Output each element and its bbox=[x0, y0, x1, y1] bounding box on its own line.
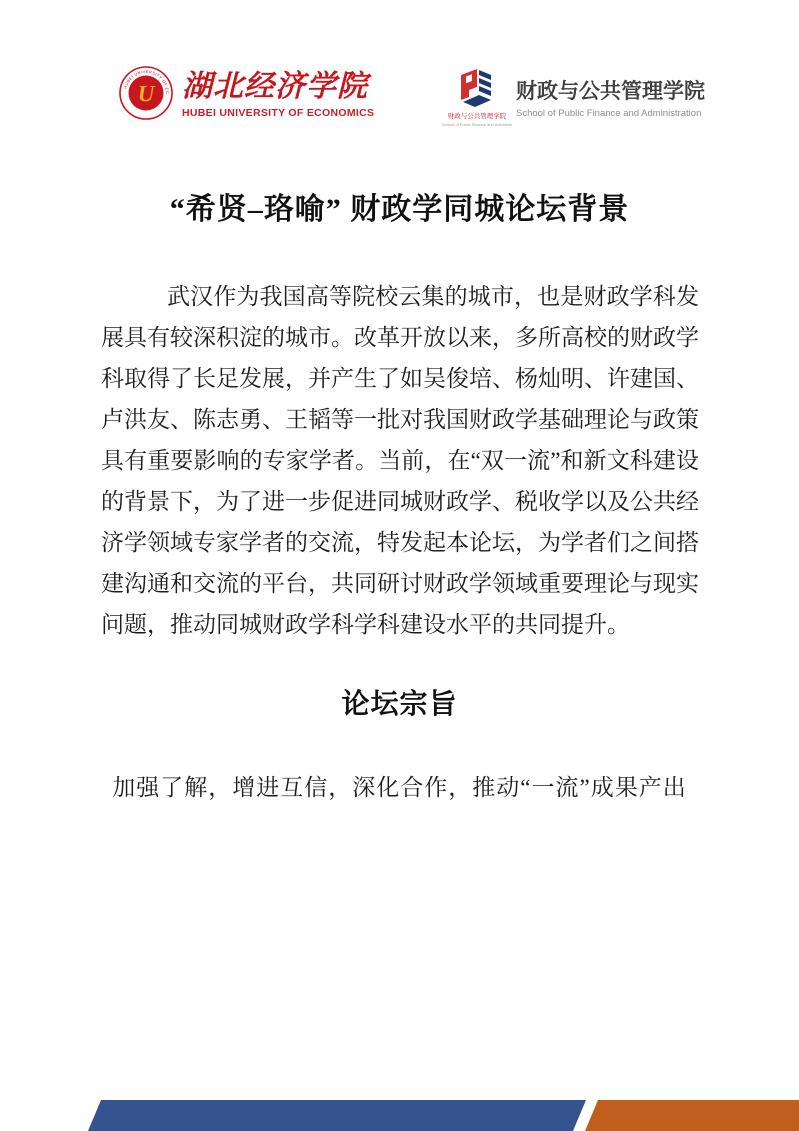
document-page: HUBEI UNIVERSITY OF ECONOMICS 湖北经济学院 U 湖… bbox=[0, 0, 799, 1131]
section-heading-forum-purpose: 论坛宗旨 bbox=[0, 688, 799, 722]
forum-motto-text: 加强了解，增进互信，深化合作，推动“一流”成果产出 bbox=[0, 773, 799, 803]
university-name-en: HUBEI UNIVERSITY OF ECONOMICS bbox=[182, 107, 402, 119]
school-icon-caption-en: School of Public Finance and Administrat… bbox=[442, 122, 512, 127]
university-name-zh: 湖北经济学院 bbox=[182, 70, 402, 104]
background-paragraph: 武汉作为我国高等院校云集的城市，也是财政学科发展具有较深积淀的城市。改革开放以来… bbox=[101, 276, 699, 645]
school-name-en: School of Public Finance and Administrat… bbox=[516, 108, 716, 119]
university-seal-icon: HUBEI UNIVERSITY OF ECONOMICS 湖北经济学院 U bbox=[119, 66, 173, 120]
school-logo-icon bbox=[455, 67, 497, 111]
school-name-zh: 财政与公共管理学院 bbox=[516, 80, 716, 104]
university-logo-text: 湖北经济学院 HUBEI UNIVERSITY OF ECONOMICS bbox=[182, 70, 402, 119]
page-title: “希贤–珞喻” 财政学同城论坛背景 bbox=[0, 192, 799, 228]
school-icon-caption-zh: 财政与公共管理学院 bbox=[442, 113, 512, 121]
seal-emblem-glyph: U bbox=[138, 82, 156, 107]
footer-decorative-bars bbox=[0, 1100, 799, 1131]
school-logo-text: 财政与公共管理学院 School of Public Finance and A… bbox=[516, 80, 716, 119]
